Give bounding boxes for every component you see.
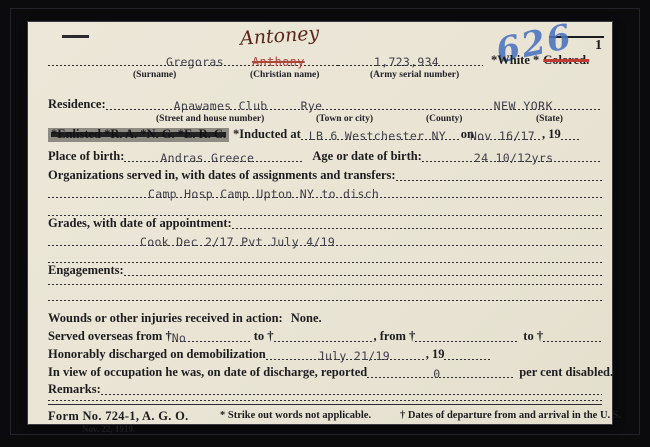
wounds-row: Wounds or other injuries received in act… <box>48 310 602 326</box>
form-number: Form No. 724-1, A. G. O. <box>48 409 189 423</box>
grades-label: Grades, with date of appointment: <box>48 217 232 231</box>
remarks-row: Remarks: <box>48 381 602 397</box>
name-serial-row: Gregoras Anthony 1,723,934 *White * Colo… <box>48 48 602 68</box>
grades-row: Grades, with date of appointment: <box>48 213 602 231</box>
surname-value: Gregoras <box>166 55 224 69</box>
organizations-line-0 <box>396 169 602 183</box>
remarks-line-0 <box>101 383 602 397</box>
overseas-to-line-2 <box>543 330 602 344</box>
overseas-from-label-1: Served overseas from † <box>48 330 172 344</box>
place-of-birth-line: Andras Greece <box>124 150 304 164</box>
white-label: *White * <box>491 54 539 68</box>
inducted-year-label: , 19 <box>542 128 561 142</box>
overseas-to-label-1: to † <box>254 330 274 344</box>
state-label: (State) <box>536 114 563 124</box>
overseas-from-label-2: , from † <box>374 330 416 344</box>
age-label: Age or date of birth: <box>312 150 421 164</box>
remarks-label: Remarks: <box>48 383 101 397</box>
footer-rule <box>48 404 602 405</box>
disability-label: In view of occupation he was, on date of… <box>48 366 367 380</box>
engagements-line-0 <box>124 264 602 278</box>
organizations-label: Organizations served in, with dates of a… <box>48 169 396 183</box>
engagements-line-1 <box>48 284 602 285</box>
christian-name-struck: Anthony <box>252 55 305 69</box>
overseas-row: Served overseas from † No to † , from † … <box>48 328 602 344</box>
place-of-birth-value: Andras Greece <box>160 151 254 165</box>
grades-line-1: Cook Dec 2/17 Pvt July 4/19 <box>48 234 602 248</box>
discharge-label: Honorably discharged on demobilization <box>48 348 266 362</box>
dagger-note: † Dates of departure from and arrival in… <box>400 410 621 421</box>
inducted-at-label: *Inducted at <box>233 128 301 142</box>
disability-suffix: per cent disabled. <box>519 366 613 380</box>
strike-note: * Strike out words not applicable. <box>220 410 371 421</box>
disability-line: 0 <box>367 366 515 380</box>
overseas-from-line-1: No <box>172 330 250 344</box>
overseas-to-line-1 <box>274 330 374 344</box>
discharge-year-label: , 19 <box>426 348 445 362</box>
street-label: (Street and house number) <box>156 114 264 124</box>
overseas-to-label-2: to † <box>523 330 543 344</box>
residence-state-value: NEW YORK <box>494 99 553 113</box>
residence-town-value: Rye <box>301 99 323 113</box>
overseas-from-line-2 <box>415 330 519 344</box>
county-label: (County) <box>426 114 462 124</box>
organizations-line-1: Camp Hosp Camp Upton NY to disch <box>48 186 602 200</box>
inducted-place-line: LB 6 Westchester NY <box>301 128 461 142</box>
grades-line-0 <box>232 217 602 231</box>
name-line: Gregoras Anthony <box>48 54 338 68</box>
grades-value-row: Cook Dec 2/17 Pvt July 4/19 <box>48 230 602 248</box>
overseas-from-value-1: No <box>172 331 186 345</box>
name-sublabels: (Surname) (Christian name) (Army serial … <box>28 70 612 82</box>
organizations-row: Organizations served in, with dates of a… <box>48 165 602 183</box>
age-line: 24 10/12yrs <box>422 150 602 164</box>
town-label: (Town or city) <box>316 114 373 124</box>
disability-row: In view of occupation he was, on date of… <box>48 364 602 380</box>
discharge-value: July 21/19 <box>318 349 390 363</box>
discharge-row: Honorably discharged on demobilization J… <box>48 346 602 362</box>
footer: Form No. 724-1, A. G. O. * Strike out wo… <box>48 407 602 434</box>
wounds-label: Wounds or other injuries received in act… <box>48 312 283 326</box>
serial-line: 1,723,934 <box>338 54 483 68</box>
pen-dash-mark <box>62 35 89 38</box>
engagements-line-2 <box>48 300 602 301</box>
inducted-date-line: Nov 16/17 <box>474 128 542 142</box>
christian-name-label: (Christian name) <box>250 70 319 80</box>
enlisted-struck-text: *Enlisted *R. A. *N. G. *E. R. C. <box>48 128 229 142</box>
wounds-value: None. <box>291 312 322 326</box>
inducted-date-value: Nov 16/17 <box>470 129 535 143</box>
engagements-row: Engagements: <box>48 260 602 278</box>
discharge-year-line <box>444 348 490 362</box>
birth-row: Place of birth: Andras Greece Age or dat… <box>48 146 602 164</box>
grades-value: Cook Dec 2/17 Pvt July 4/19 <box>140 235 335 249</box>
organizations-value: Camp Hosp Camp Upton NY to disch <box>148 187 379 201</box>
disability-value: 0 <box>433 367 440 381</box>
residence-row: Residence: Apawames Club Rye NEW YORK <box>48 92 602 112</box>
serial-number-value: 1,723,934 <box>374 55 439 69</box>
age-value: 24 10/12yrs <box>474 151 553 165</box>
remarks-line-1 <box>48 400 602 401</box>
organizations-value-row: Camp Hosp Camp Upton NY to disch <box>48 182 602 200</box>
residence-line: Apawames Club Rye NEW YORK <box>106 98 602 112</box>
handwritten-christian-name: Antoney <box>239 22 320 49</box>
residence-street-value: Apawames Club <box>174 99 268 113</box>
engagements-label: Engagements: <box>48 264 124 278</box>
inducted-year-line <box>561 128 579 142</box>
inducted-place-value: LB 6 Westchester NY <box>309 129 446 143</box>
serial-number-label: (Army serial number) <box>370 70 459 80</box>
residence-label: Residence: <box>48 98 106 112</box>
service-record-card: 1 626 Antoney Gregoras Anthony 1,723,934… <box>28 22 612 424</box>
surname-label: (Surname) <box>133 70 176 80</box>
place-of-birth-label: Place of birth: <box>48 150 124 164</box>
form-date: Nov. 22, 1919. <box>82 424 602 434</box>
enlistment-row: *Enlisted *R. A. *N. G. *E. R. C. *Induc… <box>48 124 602 142</box>
discharge-line: July 21/19 <box>266 348 426 362</box>
colored-label-struck: Colored. <box>543 54 589 68</box>
